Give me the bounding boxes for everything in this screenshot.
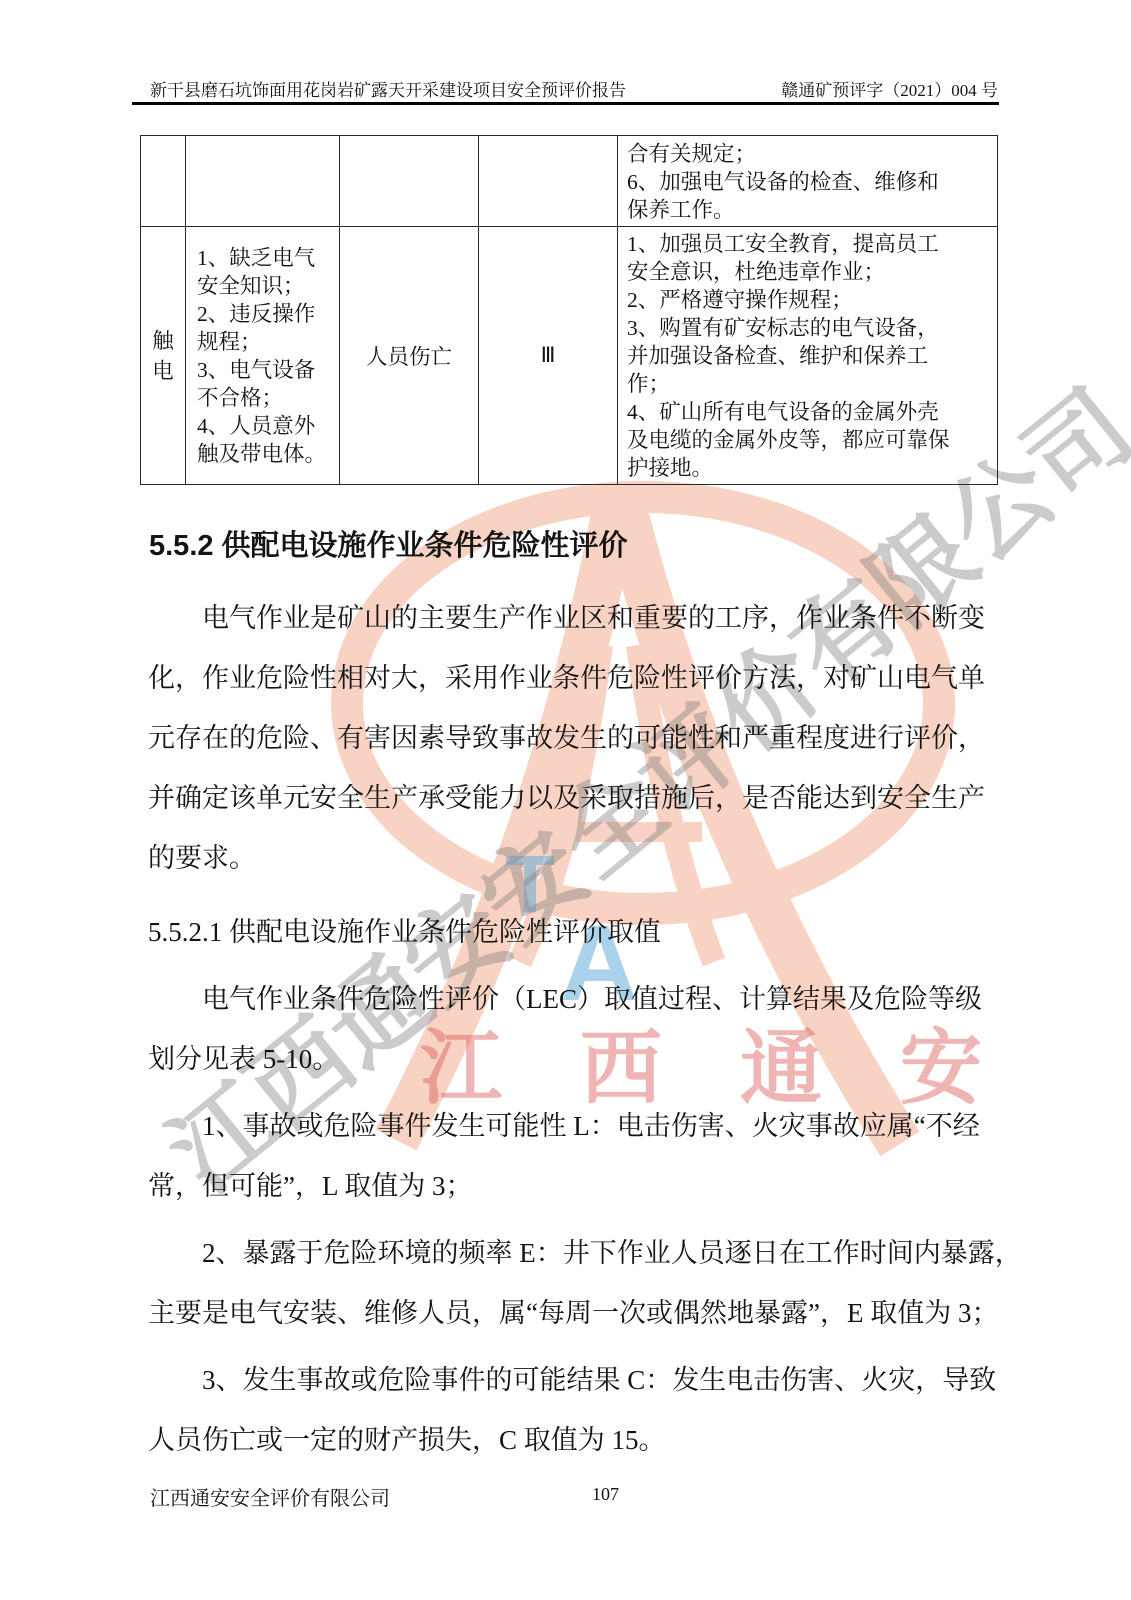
- text-line: 常，但可能”，L 取值为 3；: [148, 1156, 1008, 1216]
- text-line: 安全知识；: [197, 272, 337, 300]
- text-line: 4、矿山所有电气设备的金属外壳: [627, 398, 993, 426]
- text-line: 2、暴露于危险环境的频率 E：井下作业人员逐日在工作时间内暴露，: [148, 1223, 1008, 1283]
- cell-causes-empty: [186, 136, 340, 227]
- text-line: 2、严格遵守操作规程；: [627, 286, 993, 314]
- header-report-title: 新干县磨石坑饰面用花岗岩矿露天开采建设项目安全预评价报告: [150, 76, 626, 101]
- text-line: 3、电气设备: [197, 356, 337, 384]
- text-line: 人员伤亡或一定的财产损失，C 取值为 15。: [148, 1410, 1008, 1470]
- text-line: 1、缺乏电气: [197, 244, 337, 272]
- cell-hazard-name: 触电: [141, 227, 186, 485]
- cell-level-empty: [479, 136, 618, 227]
- cell-measures: 1、加强员工安全教育，提高员工安全意识，杜绝违章作业；2、严格遵守操作规程；3、…: [618, 227, 998, 485]
- text-line: 规程；: [197, 328, 337, 356]
- text-line: 护接地。: [627, 454, 993, 482]
- header-rule: [132, 102, 999, 105]
- cell-hazard-empty: [141, 136, 186, 227]
- text-line: 主要是电气安装、维修人员，属“每周一次或偶然地暴露”，E 取值为 3；: [148, 1283, 1008, 1343]
- text-line: 电气作业条件危险性评价（LEC）取值过程、计算结果及危险等级: [148, 969, 1008, 1029]
- paragraph-3: 1、事故或危险事件发生可能性 L：电击伤害、火灾事故应属“不经常，但可能”，L …: [148, 1096, 1008, 1216]
- cell-hazard-causes: 1、缺乏电气安全知识；2、违反操作规程；3、电气设备不合格；4、人员意外触及带电…: [186, 227, 340, 485]
- risk-evaluation-table: 合有关规定；6、加强电气设备的检查、维修和保养工作。 触电 1、缺乏电气安全知识…: [140, 135, 998, 485]
- text-line: 化，作业危险性相对大，采用作业条件危险性评价方法，对矿山电气单: [148, 648, 1008, 708]
- cell-measures-continued: 合有关规定；6、加强电气设备的检查、维修和保养工作。: [618, 136, 998, 227]
- text-line: 1、事故或危险事件发生可能性 L：电击伤害、火灾事故应属“不经: [148, 1096, 1008, 1156]
- paragraph-1: 电气作业是矿山的主要生产作业区和重要的工序，作业条件不断变化，作业危险性相对大，…: [148, 588, 1008, 888]
- section-heading-5521: 5.5.2.1 供配电设施作业条件危险性评价取值: [148, 902, 1008, 962]
- text-line: 的要求。: [148, 828, 1008, 888]
- text-line: 元存在的危险、有害因素导致事故发生的可能性和严重程度进行评价，: [148, 708, 1008, 768]
- body-text: 电气作业是矿山的主要生产作业区和重要的工序，作业条件不断变化，作业危险性相对大，…: [148, 588, 1008, 1470]
- paragraph-5: 3、发生事故或危险事件的可能结果 C：发生电击伤害、火灾，导致人员伤亡或一定的财…: [148, 1350, 1008, 1470]
- paragraph-4: 2、暴露于危险环境的频率 E：井下作业人员逐日在工作时间内暴露，主要是电气安装、…: [148, 1223, 1008, 1343]
- footer-company-name: 江西通安安全评价有限公司: [150, 1482, 390, 1511]
- text-line: 触及带电体。: [197, 440, 337, 468]
- paragraph-2: 电气作业条件危险性评价（LEC）取值过程、计算结果及危险等级划分见表 5-10。: [148, 969, 1008, 1089]
- document-page: T A 江西通安 江西通安安全评价有限公司 新干县磨石坑饰面用花岗岩矿露天开采建…: [0, 0, 1131, 1600]
- text-line: 2、违反操作: [197, 300, 337, 328]
- footer-page-number: 107: [592, 1484, 619, 1505]
- text-line: 作；: [627, 370, 993, 398]
- text-line: 不合格；: [197, 384, 337, 412]
- text-line: 合有关规定；: [627, 140, 993, 168]
- text-line: 电气作业是矿山的主要生产作业区和重要的工序，作业条件不断变: [148, 588, 1008, 648]
- text-line: 3、发生事故或危险事件的可能结果 C：发生电击伤害、火灾，导致: [148, 1350, 1008, 1410]
- text-line: 及电缆的金属外皮等，都应可靠保: [627, 426, 993, 454]
- text-line: 3、购置有矿安标志的电气设备，: [627, 314, 993, 342]
- text-line: 4、人员意外: [197, 412, 337, 440]
- text-line: 并确定该单元安全生产承受能力以及采取措施后，是否能达到安全生产: [148, 768, 1008, 828]
- text-line: 电: [141, 356, 185, 386]
- text-line: 保养工作。: [627, 196, 993, 224]
- text-line: 触: [141, 326, 185, 356]
- text-line: 划分见表 5-10。: [148, 1029, 1008, 1089]
- table-row-continuation: 合有关规定；6、加强电气设备的检查、维修和保养工作。: [141, 136, 998, 227]
- cell-risk-level: Ⅲ: [479, 227, 618, 485]
- text-line: 安全意识，杜绝违章作业；: [627, 258, 993, 286]
- table-row-electric-shock: 触电 1、缺乏电气安全知识；2、违反操作规程；3、电气设备不合格；4、人员意外触…: [141, 227, 998, 485]
- cell-consequence: 人员伤亡: [340, 227, 479, 485]
- section-heading-552: 5.5.2 供配电设施作业条件危险性评价: [149, 523, 628, 564]
- header-doc-number: 赣通矿预评字（2021）004 号: [781, 76, 998, 101]
- cell-consequence-empty: [340, 136, 479, 227]
- text-line: 1、加强员工安全教育，提高员工: [627, 230, 993, 258]
- text-line: 6、加强电气设备的检查、维修和: [627, 168, 993, 196]
- text-line: 并加强设备检查、维护和保养工: [627, 342, 993, 370]
